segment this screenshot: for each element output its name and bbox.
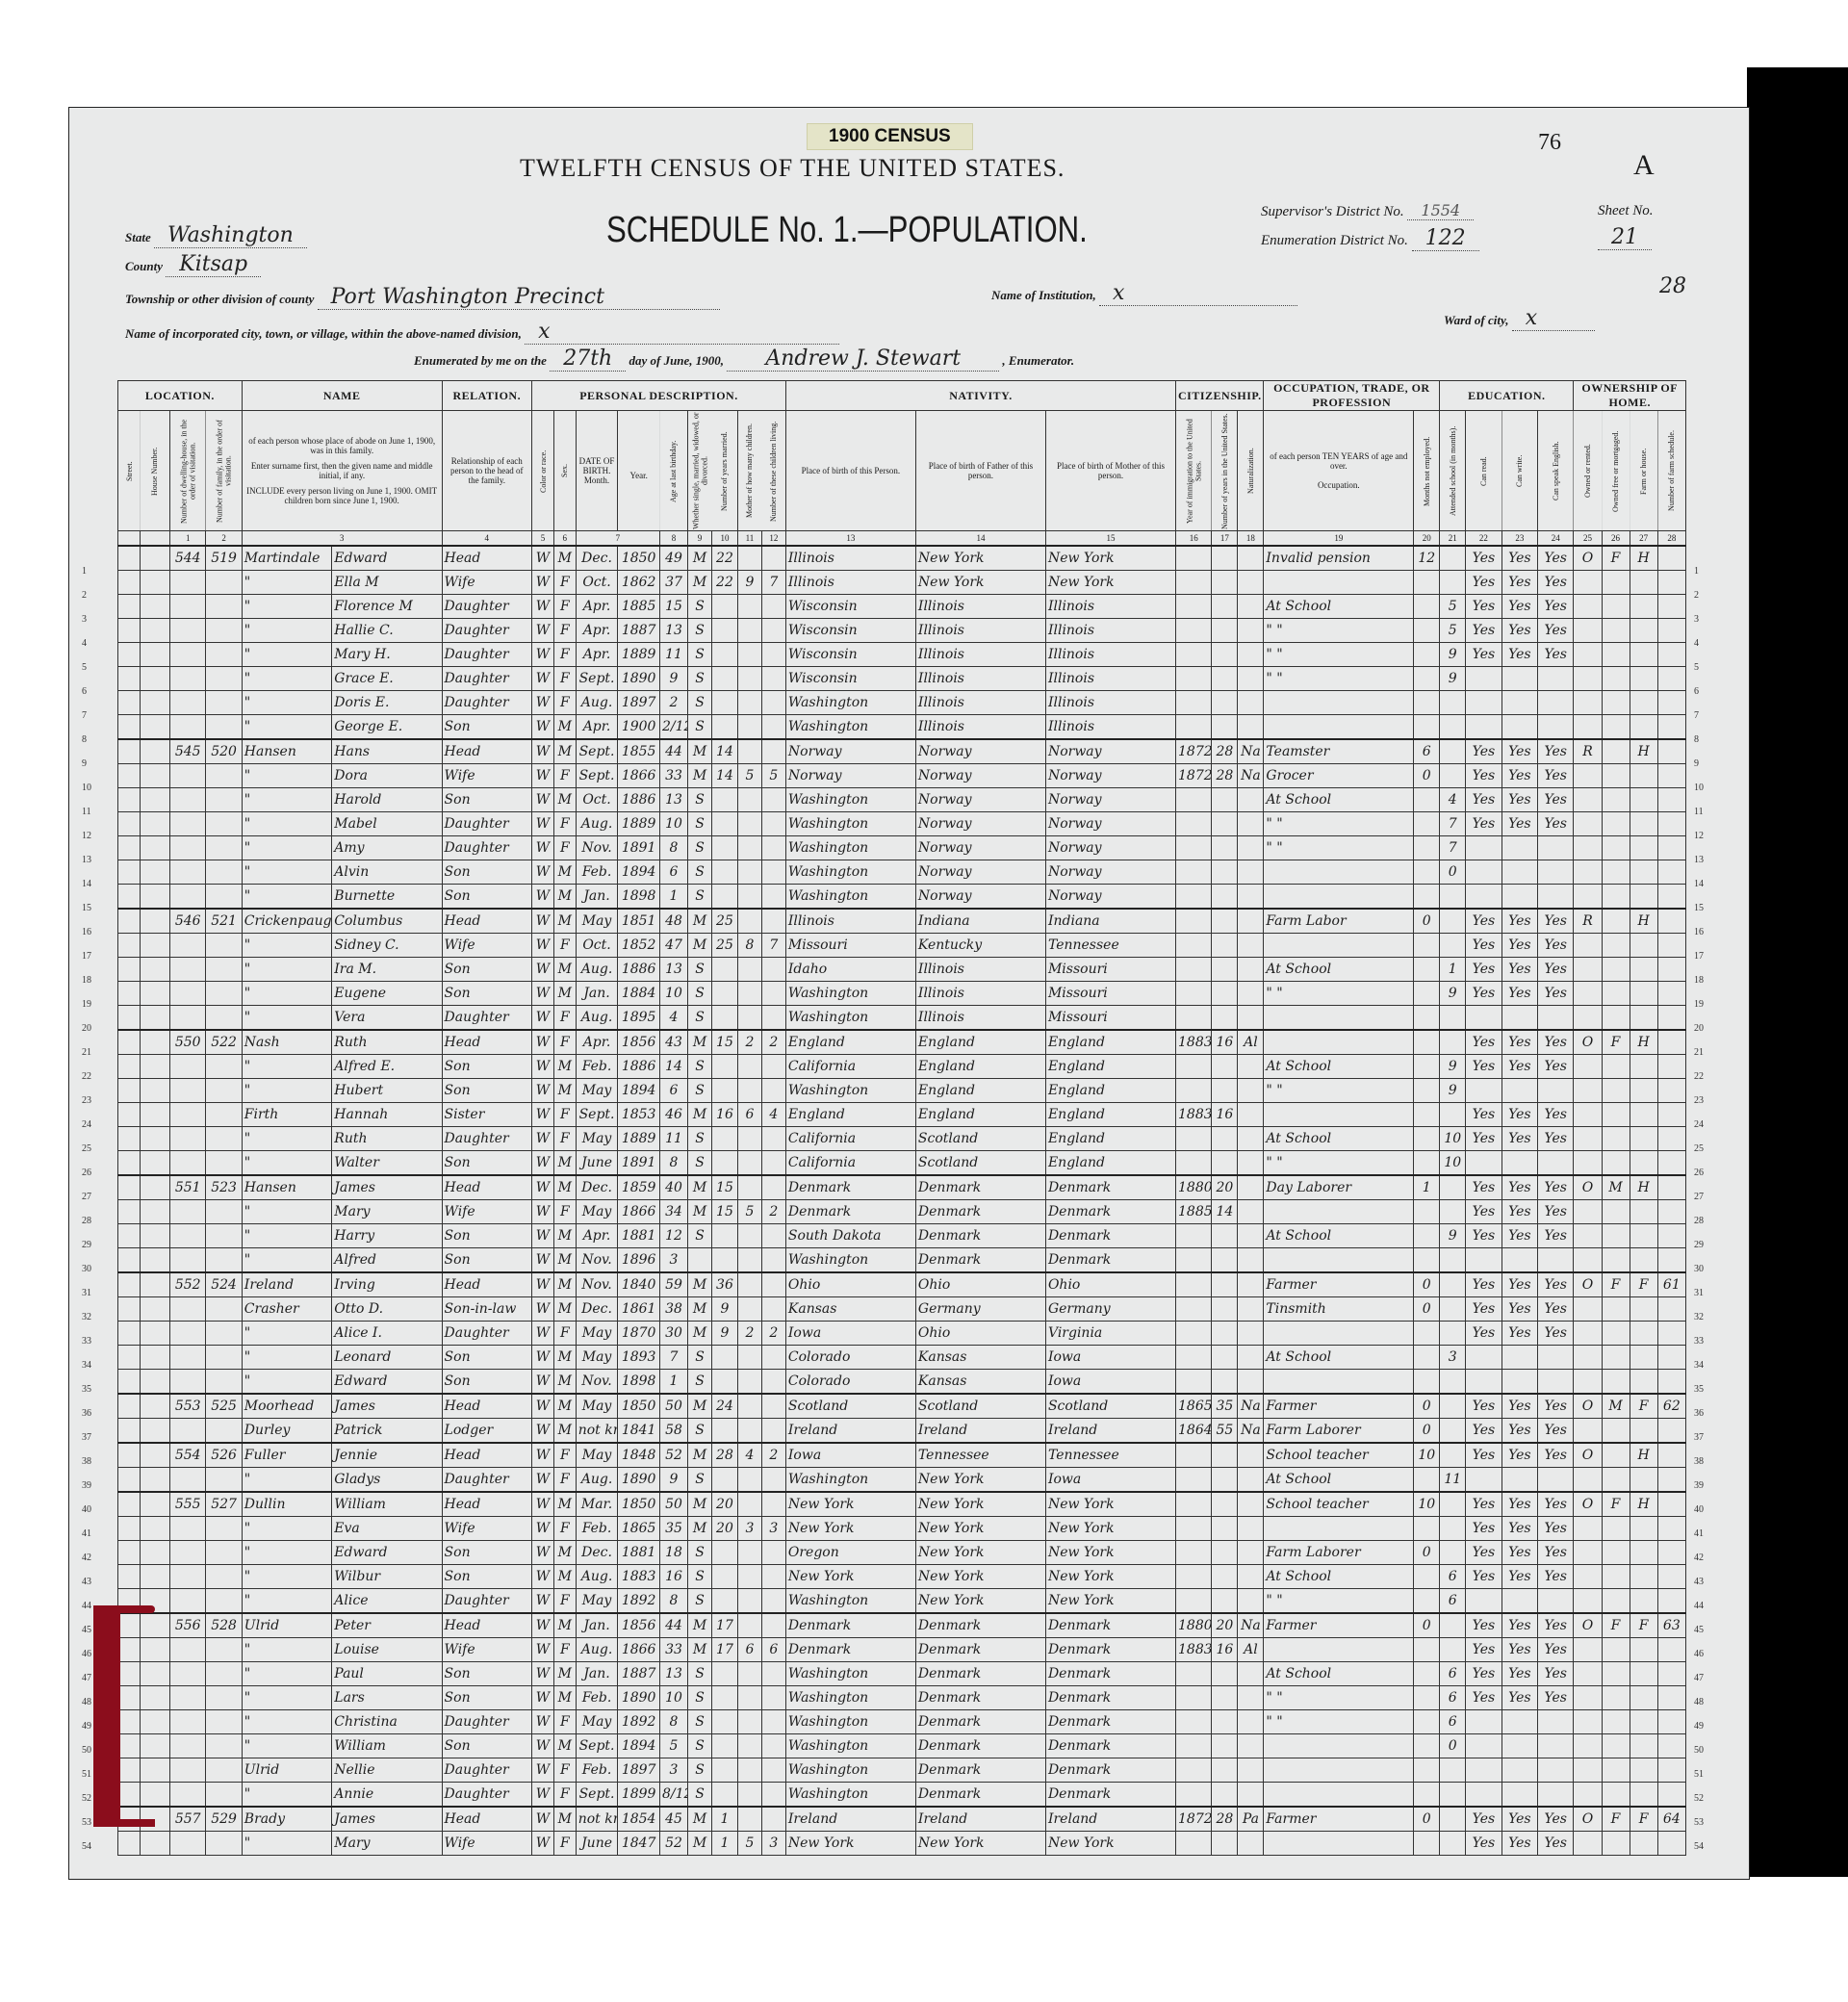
cell-surname: Ireland [242,1272,331,1297]
cell-mne [1414,812,1440,836]
line-number-right: 49 [1694,1721,1704,1732]
cell-wr [1501,715,1537,740]
cell-month: Nov. [576,836,618,860]
cell-imm [1176,982,1212,1006]
cell-fs [1657,982,1685,1006]
cell-street [118,1006,141,1031]
cell-age: 8 [659,1710,687,1734]
cell-year: 1848 [618,1443,660,1468]
cell-year: 1884 [618,982,660,1006]
cell-ym [711,1151,737,1176]
cell-nat [1238,1272,1264,1297]
cell-mo [737,1175,761,1200]
cell-color: W [532,1517,554,1541]
cell-sch: 7 [1440,836,1466,860]
cell-given: Dora [332,764,442,788]
cell-mne: 0 [1414,1613,1440,1638]
cell-rd [1466,860,1501,885]
cell-ym [711,1224,737,1248]
cell-rd [1466,1006,1501,1031]
cell-yrs [1212,982,1238,1006]
cell-month: Sept. [576,1734,618,1758]
cell-house [140,982,169,1006]
population-table: LOCATION. NAME RELATION. PERSONAL DESCRI… [117,380,1686,1856]
cell-occ [1264,571,1414,595]
cell-street [118,1055,141,1079]
cell-wr: Yes [1501,1272,1537,1297]
cell-mo: 9 [737,571,761,595]
cell-fs [1657,1030,1685,1055]
cell-mar: S [688,1758,712,1783]
cell-fh [1630,1710,1657,1734]
cell-color: W [532,739,554,764]
cell-pb: Washington [785,1006,915,1031]
table-row: "HaroldSonWMOct.188613SWashingtonNorwayN… [118,788,1686,812]
line-number-right: 28 [1694,1216,1704,1226]
cell-sex: M [553,1807,576,1832]
enumeration-district: 122 [1412,226,1479,251]
cell-pb: Washington [785,982,915,1006]
line-number-left: 30 [82,1264,91,1274]
cell-pm: New York [1045,546,1175,571]
cell-rel: Head [442,1443,531,1468]
cell-nat [1238,1734,1264,1758]
cell-color: W [532,643,554,667]
cell-year: 1890 [618,1468,660,1493]
cell-rd: Yes [1466,643,1501,667]
cell-occ [1264,1758,1414,1783]
cell-color: W [532,1175,554,1200]
line-number-left: 31 [82,1288,91,1298]
cell-given: Mary [332,1200,442,1224]
cell-pb: Washington [785,691,915,715]
cell-own [1574,958,1602,982]
cell-street [118,643,141,667]
table-row: "AmyDaughterWFNov.18918SWashingtonNorway… [118,836,1686,860]
cell-pf: Denmark [915,1662,1045,1686]
cell-wr: Yes [1501,1832,1537,1856]
cell-year: 1866 [618,764,660,788]
cell-sex: F [553,1589,576,1614]
cell-surname: " [242,691,331,715]
cell-wr: Yes [1501,1224,1537,1248]
cell-pf: Kansas [915,1346,1045,1370]
cell-ch [761,1079,785,1103]
cell-fam [206,1370,242,1395]
column-number: 28 [1657,531,1685,547]
cell-dw [170,1541,206,1565]
cell-ch [761,1613,785,1638]
cell-free [1602,909,1630,934]
margin-note: 28 [1646,274,1700,298]
cell-dw [170,1200,206,1224]
cell-fam [206,1079,242,1103]
table-row: "DoraWifeWFSept.186633M1455NorwayNorwayN… [118,764,1686,788]
cell-rd [1466,1346,1501,1370]
cell-en [1538,1370,1574,1395]
cell-color: W [532,1030,554,1055]
cell-given: Leonard [332,1346,442,1370]
cell-year: 1886 [618,788,660,812]
cell-free [1602,1589,1630,1614]
cell-age: 1 [659,1370,687,1395]
cell-month: May [576,1322,618,1346]
cell-rel: Head [442,546,531,571]
cell-given: Hans [332,739,442,764]
cell-ym [711,1734,737,1758]
cell-fam [206,643,242,667]
cell-surname: " [242,958,331,982]
cell-rd [1466,1468,1501,1493]
cell-sch [1440,546,1466,571]
cell-mne [1414,1638,1440,1662]
page-number: 76 [1538,130,1561,156]
cell-surname: " [242,667,331,691]
cell-ym [711,1710,737,1734]
cell-mne: 1 [1414,1175,1440,1200]
cell-imm [1176,812,1212,836]
cell-fam: 529 [206,1807,242,1832]
cell-year: 1896 [618,1248,660,1273]
cell-sch: 6 [1440,1589,1466,1614]
cell-month: Aug. [576,812,618,836]
enumeration-day: 27th [550,346,626,372]
cell-nat: Pa [1238,1807,1264,1832]
cell-mo [737,1492,761,1517]
cell-month: May [576,1589,618,1614]
cell-pb: Washington [785,1783,915,1808]
cell-mne: 0 [1414,909,1440,934]
cell-fs [1657,715,1685,740]
cell-fs [1657,546,1685,571]
cell-sch: 6 [1440,1565,1466,1589]
cell-free [1602,934,1630,958]
cell-fam [206,1103,242,1127]
cell-imm: 1872 [1176,1807,1212,1832]
cell-pf: Indiana [915,909,1045,934]
cell-dw [170,836,206,860]
cell-imm [1176,788,1212,812]
cell-mar: S [688,1589,712,1614]
line-number-right: 25 [1694,1143,1704,1154]
cell-en: Yes [1538,1030,1574,1055]
line-number-left: 19 [82,999,91,1010]
cell-surname: Dullin [242,1492,331,1517]
cell-surname: Fuller [242,1443,331,1468]
table-row: 550522NashRuthHeadWFApr.185643M1522Engla… [118,1030,1686,1055]
cell-sex: F [553,1030,576,1055]
cell-pb: Washington [785,1686,915,1710]
cell-pm: Denmark [1045,1734,1175,1758]
cell-fs [1657,1151,1685,1176]
cell-own [1574,1248,1602,1273]
cell-mo [737,1662,761,1686]
cell-rd: Yes [1466,595,1501,619]
cell-street [118,1710,141,1734]
cell-rd: Yes [1466,1419,1501,1444]
cell-yrs [1212,909,1238,934]
cell-fs [1657,739,1685,764]
cell-occ [1264,885,1414,910]
cell-month: Jan. [576,1662,618,1686]
cell-ch [761,1758,785,1783]
cell-nat [1238,691,1264,715]
cell-sch [1440,1030,1466,1055]
cell-mo [737,1468,761,1493]
cell-fs [1657,764,1685,788]
cell-occ [1264,934,1414,958]
cell-pb: Washington [785,1758,915,1783]
cell-yrs: 16 [1212,1638,1238,1662]
cell-ym [711,595,737,619]
cell-mar: S [688,619,712,643]
cell-pf: Scotland [915,1394,1045,1419]
cell-ym [711,1370,737,1395]
cell-wr: Yes [1501,1200,1537,1224]
cell-street [118,1613,141,1638]
line-number-right: 29 [1694,1240,1704,1250]
cell-mar [688,1248,712,1273]
cell-ym [711,1006,737,1031]
cell-nat [1238,1686,1264,1710]
cell-fh [1630,715,1657,740]
line-number-left: 29 [82,1240,91,1250]
cell-pm: Iowa [1045,1346,1175,1370]
cell-given: Harold [332,788,442,812]
cell-surname: " [242,1832,331,1856]
cell-house [140,1517,169,1541]
cell-pf: New York [915,1468,1045,1493]
cell-pm: Denmark [1045,1758,1175,1783]
cell-fam [206,958,242,982]
cell-occ: " " [1264,1589,1414,1614]
line-number-right: 21 [1694,1047,1704,1058]
cell-dw: 555 [170,1492,206,1517]
cell-free [1602,1734,1630,1758]
cell-rd: Yes [1466,1175,1501,1200]
cell-ch [761,812,785,836]
cell-given: Edward [332,546,442,571]
cell-fs [1657,1248,1685,1273]
cell-dw [170,1370,206,1395]
cell-own [1574,1346,1602,1370]
cell-fam [206,1200,242,1224]
cell-rel: Daughter [442,691,531,715]
cell-sch: 0 [1440,860,1466,885]
cell-rd [1466,1758,1501,1783]
line-number-right: 30 [1694,1264,1704,1274]
cell-pf: Denmark [915,1734,1045,1758]
cell-ym [711,1565,737,1589]
cell-en [1538,691,1574,715]
cell-en [1538,885,1574,910]
cell-month: Sept. [576,739,618,764]
line-number-right: 44 [1694,1601,1704,1611]
cell-fam [206,812,242,836]
table-row: "ChristinaDaughterWFMay18928SWashingtonD… [118,1710,1686,1734]
district-box: Supervisor's District No. 1554 Enumerati… [1261,197,1479,254]
cell-pm: Denmark [1045,1248,1175,1273]
cell-occ: At School [1264,1346,1414,1370]
cell-sex: F [553,1443,576,1468]
cell-nat [1238,1175,1264,1200]
cell-en: Yes [1538,1443,1574,1468]
table-row: "HubertSonWMMay18946SWashingtonEnglandEn… [118,1079,1686,1103]
cell-fam [206,1297,242,1322]
state-value: Washington [154,223,307,248]
cell-color: W [532,1710,554,1734]
column-number: 16 [1176,531,1212,547]
cell-rel: Son [442,1734,531,1758]
cell-fh [1630,691,1657,715]
cell-nat [1238,885,1264,910]
cell-own: O [1574,1807,1602,1832]
cell-mar: S [688,1151,712,1176]
cell-ym: 25 [711,934,737,958]
cell-ch [761,836,785,860]
cell-pm: Norway [1045,860,1175,885]
cell-pf: Illinois [915,958,1045,982]
cell-mne: 0 [1414,1297,1440,1322]
cell-surname: " [242,1248,331,1273]
cell-age: 47 [659,934,687,958]
header-nativity: NATIVITY. [785,381,1175,411]
cell-fs [1657,1297,1685,1322]
cell-dw: 557 [170,1807,206,1832]
cell-occ: Farmer [1264,1394,1414,1419]
cell-age: 44 [659,1613,687,1638]
city-field: Name of incorporated city, town, or vill… [125,320,839,344]
cell-en [1538,1783,1574,1808]
cell-month: Feb. [576,860,618,885]
cell-surname: " [242,1200,331,1224]
cell-surname: " [242,1127,331,1151]
line-number-left: 18 [82,975,91,986]
cell-year: 1892 [618,1710,660,1734]
cell-pf: Ohio [915,1272,1045,1297]
cell-free [1602,595,1630,619]
cell-house [140,691,169,715]
cell-pm: New York [1045,571,1175,595]
cell-rel: Son [442,1541,531,1565]
cell-ch [761,1662,785,1686]
cell-mar: S [688,1055,712,1079]
cell-en [1538,1248,1574,1273]
line-number-right: 34 [1694,1360,1704,1371]
cell-year: 1856 [618,1613,660,1638]
cell-en: Yes [1538,1565,1574,1589]
cell-en: Yes [1538,1613,1574,1638]
cell-sch [1440,1807,1466,1832]
cell-ch: 6 [761,1638,785,1662]
cell-mne [1414,715,1440,740]
cell-nat [1238,1565,1264,1589]
cell-wr: Yes [1501,812,1537,836]
cell-street [118,1662,141,1686]
cell-rd: Yes [1466,1297,1501,1322]
cell-house [140,812,169,836]
cell-own [1574,571,1602,595]
cell-pb: Wisconsin [785,595,915,619]
cell-street [118,1224,141,1248]
cell-fam [206,836,242,860]
table-row: "EvaWifeWFFeb.186535M2033New YorkNew Yor… [118,1517,1686,1541]
cell-month: Nov. [576,1272,618,1297]
cell-nat [1238,1055,1264,1079]
cell-age: 52 [659,1832,687,1856]
cell-imm [1176,1492,1212,1517]
cell-sex: F [553,1468,576,1493]
cell-fs [1657,1517,1685,1541]
cell-free [1602,788,1630,812]
cell-ym: 9 [711,1297,737,1322]
cell-en: Yes [1538,1638,1574,1662]
cell-sex: F [553,836,576,860]
cell-imm [1176,546,1212,571]
cell-fam [206,934,242,958]
cell-pf: Denmark [915,1758,1045,1783]
cell-age: 9 [659,667,687,691]
cell-surname: Durley [242,1419,331,1444]
cell-street [118,1686,141,1710]
cell-sex: M [553,1541,576,1565]
cell-occ: Teamster [1264,739,1414,764]
cell-given: Louise [332,1638,442,1662]
cell-sex: M [553,1419,576,1444]
line-number-right: 7 [1694,710,1699,721]
cell-surname: " [242,934,331,958]
cell-year: 1852 [618,934,660,958]
cell-yrs [1212,1734,1238,1758]
cell-nat [1238,1710,1264,1734]
cell-year: 1851 [618,909,660,934]
cell-age: 12 [659,1224,687,1248]
cell-fh [1630,1468,1657,1493]
cell-rd: Yes [1466,1055,1501,1079]
cell-sch: 11 [1440,1468,1466,1493]
cell-en: Yes [1538,788,1574,812]
cell-fam [206,1589,242,1614]
cell-ym: 15 [711,1030,737,1055]
cell-fh [1630,1248,1657,1273]
cell-color: W [532,1224,554,1248]
column-number: 4 [442,531,531,547]
cell-rel: Wife [442,934,531,958]
cell-wr [1501,860,1537,885]
cell-color: W [532,1541,554,1565]
cell-fam: 527 [206,1492,242,1517]
cell-street [118,1103,141,1127]
cell-mo [737,1758,761,1783]
cell-given: James [332,1175,442,1200]
cell-pb: Idaho [785,958,915,982]
cell-pf: Ohio [915,1322,1045,1346]
cell-pm: Denmark [1045,1710,1175,1734]
cell-ch [761,667,785,691]
cell-en: Yes [1538,958,1574,982]
cell-age: 7 [659,1346,687,1370]
cell-pf: Denmark [915,1224,1045,1248]
cell-pb: California [785,1127,915,1151]
cell-wr: Yes [1501,982,1537,1006]
cell-dw [170,1662,206,1686]
cell-nat [1238,715,1264,740]
cell-age: 8/12 [659,1783,687,1808]
cell-given: Alvin [332,860,442,885]
cell-rel: Son [442,885,531,910]
cell-given: Eugene [332,982,442,1006]
cell-year: 1847 [618,1832,660,1856]
